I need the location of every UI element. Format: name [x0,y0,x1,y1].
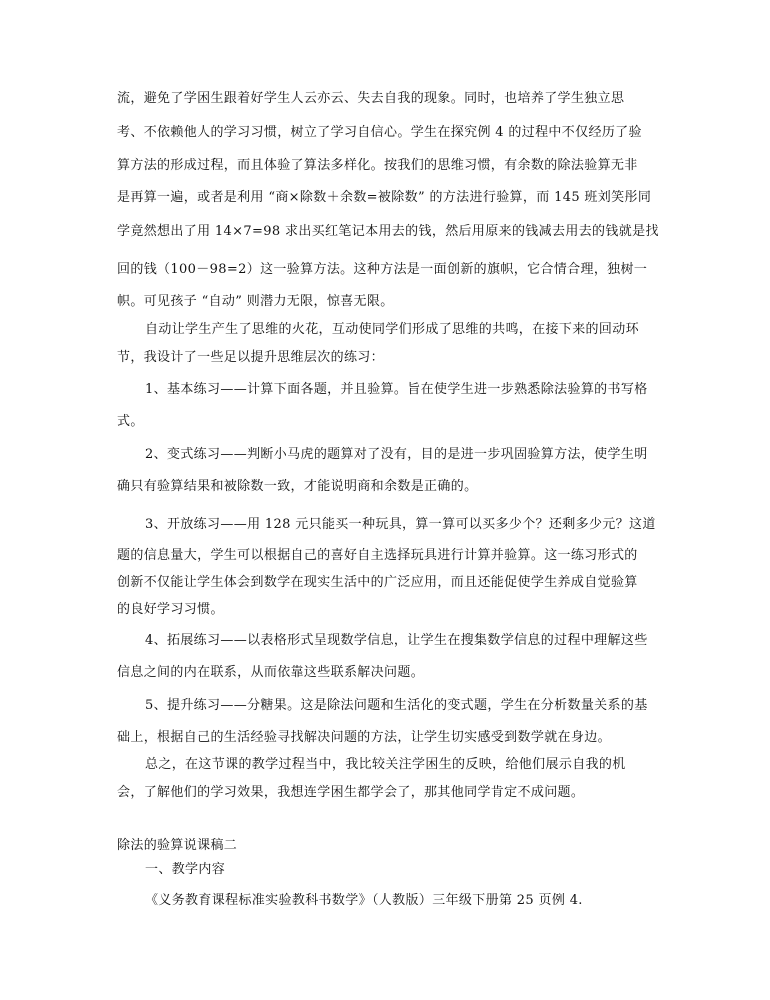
text-line: 4、拓展练习——以表格形式呈现数学信息，让学生在搜集数学信息的过程中理解这些 [145,633,648,649]
text-line: 题的信息量大，学生可以根据自己的喜好自主选择玩具进行计算并验算。这一练习形式的 [117,548,638,564]
text-line: 算方法的形成过程，而且体验了算法多样化。按我们的思维习惯，有余数的除法验算无非 [117,158,638,174]
text-line: 2、变式练习——判断小马虎的题算对了没有，目的是进一步巩固验算方法，使学生明 [145,447,648,463]
text-line: 础上，根据自己的生活经验寻找解决问题的方法，让学生切实感受到数学就在身边。 [117,730,611,746]
text-line: 一、教学内容 [145,862,225,878]
text-line: 回的钱（100－98=2）这一验算方法。这种方法是一面创新的旗帜，它合情合理，独… [117,262,647,278]
text-line: 自动让学生产生了思维的火花，互动使同学们形成了思维的共鸣，在接下来的回动环 [145,322,639,338]
text-line: 流，避免了学困生跟着好学生人云亦云、失去自我的现象。同时，也培养了学生独立思 [117,91,624,107]
text-line: 考、不依赖他人的学习习惯，树立了学习自信心。学生在探究例 4 的过程中不仅经历了… [117,125,642,141]
text-line: 会，了解他们的学习效果，我想连学困生都学会了，那其他同学肯定不成问题。 [117,785,584,801]
text-line: 《义务教育课程标准实验教科书数学》（人教版）三年级下册第 25 页例 4. [145,893,583,909]
text-line: 信息之间的内在联系，从而依靠这些联系解决问题。 [117,665,424,681]
text-line: 确只有验算结果和被除数一致，才能说明商和余数是正确的。 [117,479,477,495]
text-line: 式。 [117,414,144,430]
text-line: 创新不仅能让学生体会到数学在现实生活中的广泛应用，而且还能促使学生养成自觉验算 [117,575,638,591]
text-line: 的良好学习习惯。 [117,602,224,618]
text-line: 5、提升练习——分糖果。这是除法问题和生活化的变式题，学生在分析数量关系的基 [145,698,648,714]
text-line: 学竟然想出了用 14×7=98 求出买红笔记本用去的钱，然后用原来的钱减去用去的… [117,224,659,240]
text-line: 1、基本练习——计算下面各题，并且验算。旨在使学生进一步熟悉除法验算的书写格 [145,382,648,398]
text-line: 是再算一遍，或者是利用 “商×除数＋余数=被除数” 的方法进行验算，而 145 … [117,190,651,206]
text-line: 帜。可见孩子 “自动” 则潜力无限，惊喜无限。 [117,294,394,310]
text-line: 节，我设计了一些足以提升思维层次的练习： [117,350,384,366]
text-line: 总之，在这节课的教学过程当中，我比较关注学困生的反映，给他们展示自我的机 [145,757,626,773]
text-line: 除法的验算说课稿二 [117,838,237,854]
text-line: 3、开放练习——用 128 元只能买一种玩具，算一算可以买多少个？还剩多少元？这… [145,517,656,533]
